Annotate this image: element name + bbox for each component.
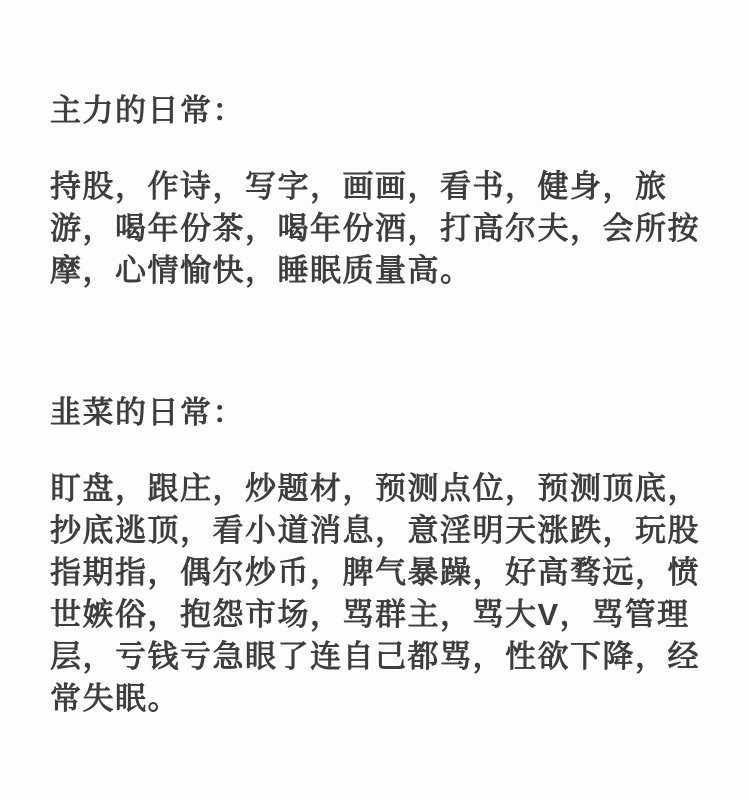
section-retail-investor: 韭菜的日常： 盯盘，跟庄，炒题材，预测点位，预测顶底，抄底逃顶，看小道消息，意淫…: [50, 392, 704, 720]
section-heading-main-force: 主力的日常：: [50, 90, 704, 132]
text-note-page: 主力的日常： 持股，作诗，写字，画画，看书，健身，旅游，喝年份茶，喝年份酒，打高…: [0, 0, 748, 800]
section-main-force: 主力的日常： 持股，作诗，写字，画画，看书，健身，旅游，喝年份茶，喝年份酒，打高…: [50, 90, 704, 292]
section-body-retail-investor: 盯盘，跟庄，炒题材，预测点位，预测顶底，抄底逃顶，看小道消息，意淫明天涨跌，玩股…: [50, 468, 704, 720]
section-body-main-force: 持股，作诗，写字，画画，看书，健身，旅游，喝年份茶，喝年份酒，打高尔夫，会所按摩…: [50, 166, 704, 292]
section-heading-retail-investor: 韭菜的日常：: [50, 392, 704, 434]
